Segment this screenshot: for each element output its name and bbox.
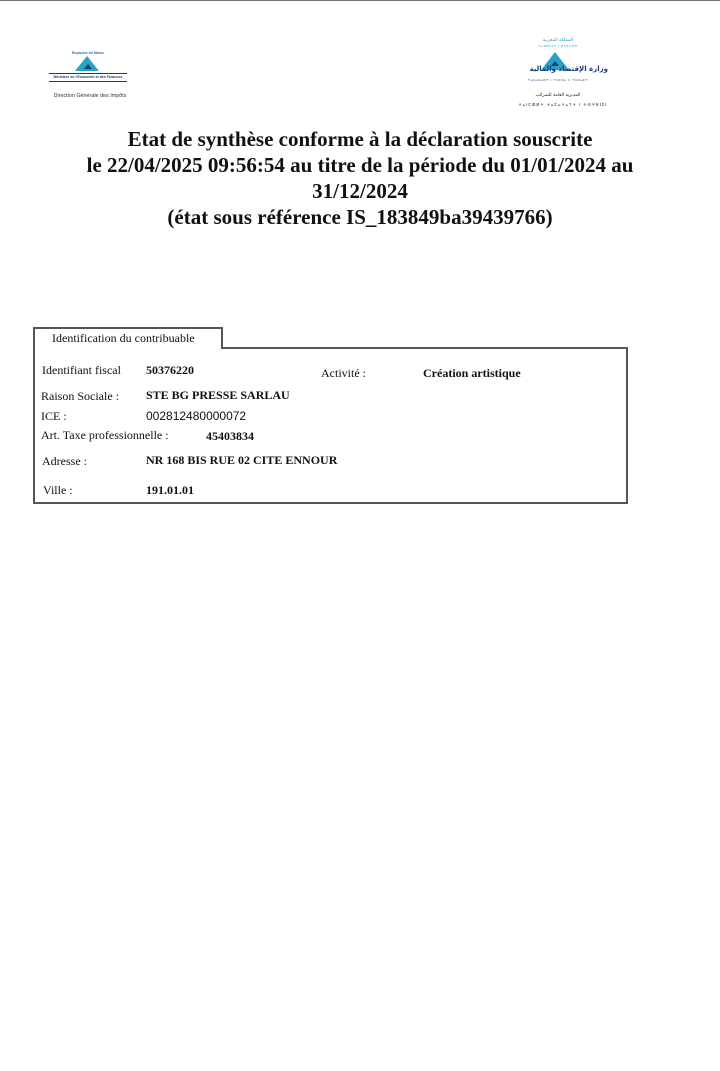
title-line-2: le 22/04/2025 09:56:54 au titre de la pé… bbox=[20, 152, 700, 178]
adresse-label: Adresse : bbox=[42, 454, 87, 469]
raison-sociale-label: Raison Sociale : bbox=[41, 389, 119, 404]
dgi-logo-left: Royaume du Maroc Ministère de l'Economie… bbox=[40, 46, 140, 106]
identifiant-fiscal-value: 50376220 bbox=[146, 363, 194, 378]
page-top-border bbox=[0, 0, 720, 1]
identification-tab: Identification du contribuable bbox=[33, 327, 223, 349]
section-label: Identification du contribuable bbox=[52, 331, 195, 346]
activite-value: Création artistique bbox=[423, 366, 521, 381]
dgi-logo-right: المملكة المغربية ⵜⴰⴳⵍⴷⵉⵜ ⵏ ⵍⵎⵖⵔⵉⴱ وزارة … bbox=[508, 38, 628, 112]
document-title: Etat de synthèse conforme à la déclarati… bbox=[20, 126, 700, 230]
ville-value: 191.01.01 bbox=[146, 483, 194, 498]
ice-value: 002812480000072 bbox=[146, 409, 246, 423]
tifinagh-department-label: ⵜⴰⵏⵎⵀⵍⵜ ⵜⴰⵎⴰⵜⴰⵢⵜ ⵏ ⵜⵙⵖⵓⵏⵉⵏ bbox=[498, 102, 628, 107]
kingdom-label: Royaume du Maroc bbox=[40, 51, 136, 55]
raison-sociale-value: STE BG PRESSE SARLAU bbox=[146, 388, 290, 403]
title-reference: (état sous référence IS_183849ba39439766… bbox=[20, 204, 700, 230]
tifinagh-ministry-label: ⵜⴰⵎⴰⵡⴰⵙⵜ ⵏ ⵜⴷⵎⵙⴰ ⴷ ⵜⴷⵔⴰⵎⵜ bbox=[508, 78, 608, 82]
taxe-professionnelle-value: 45403834 bbox=[206, 429, 254, 444]
ville-label: Ville : bbox=[43, 483, 73, 498]
department-label: Direction Générale des Impôts bbox=[40, 93, 140, 99]
activite-label: Activité : bbox=[321, 366, 366, 381]
tifinagh-kingdom-label: ⵜⴰⴳⵍⴷⵉⵜ ⵏ ⵍⵎⵖⵔⵉⴱ bbox=[508, 44, 608, 48]
taxe-professionnelle-label: Art. Taxe professionnelle : bbox=[41, 428, 169, 443]
ice-label: ICE : bbox=[41, 409, 67, 424]
identifiant-fiscal-label: Identifiant fiscal bbox=[42, 363, 121, 378]
title-line-3: 31/12/2024 bbox=[20, 178, 700, 204]
title-line-1: Etat de synthèse conforme à la déclarati… bbox=[20, 126, 700, 152]
adresse-value: NR 168 BIS RUE 02 CITE ENNOUR bbox=[146, 453, 337, 468]
arabic-kingdom-label: المملكة المغربية bbox=[508, 38, 608, 43]
arabic-department-label: المديرية العامة للضرائب bbox=[508, 93, 608, 98]
triangle-inner-icon bbox=[84, 64, 92, 69]
ministry-label: Ministère de l'Economie et des Finances bbox=[49, 75, 127, 79]
arabic-ministry-label: وزارة الإقتصاد والمالية bbox=[508, 65, 608, 73]
